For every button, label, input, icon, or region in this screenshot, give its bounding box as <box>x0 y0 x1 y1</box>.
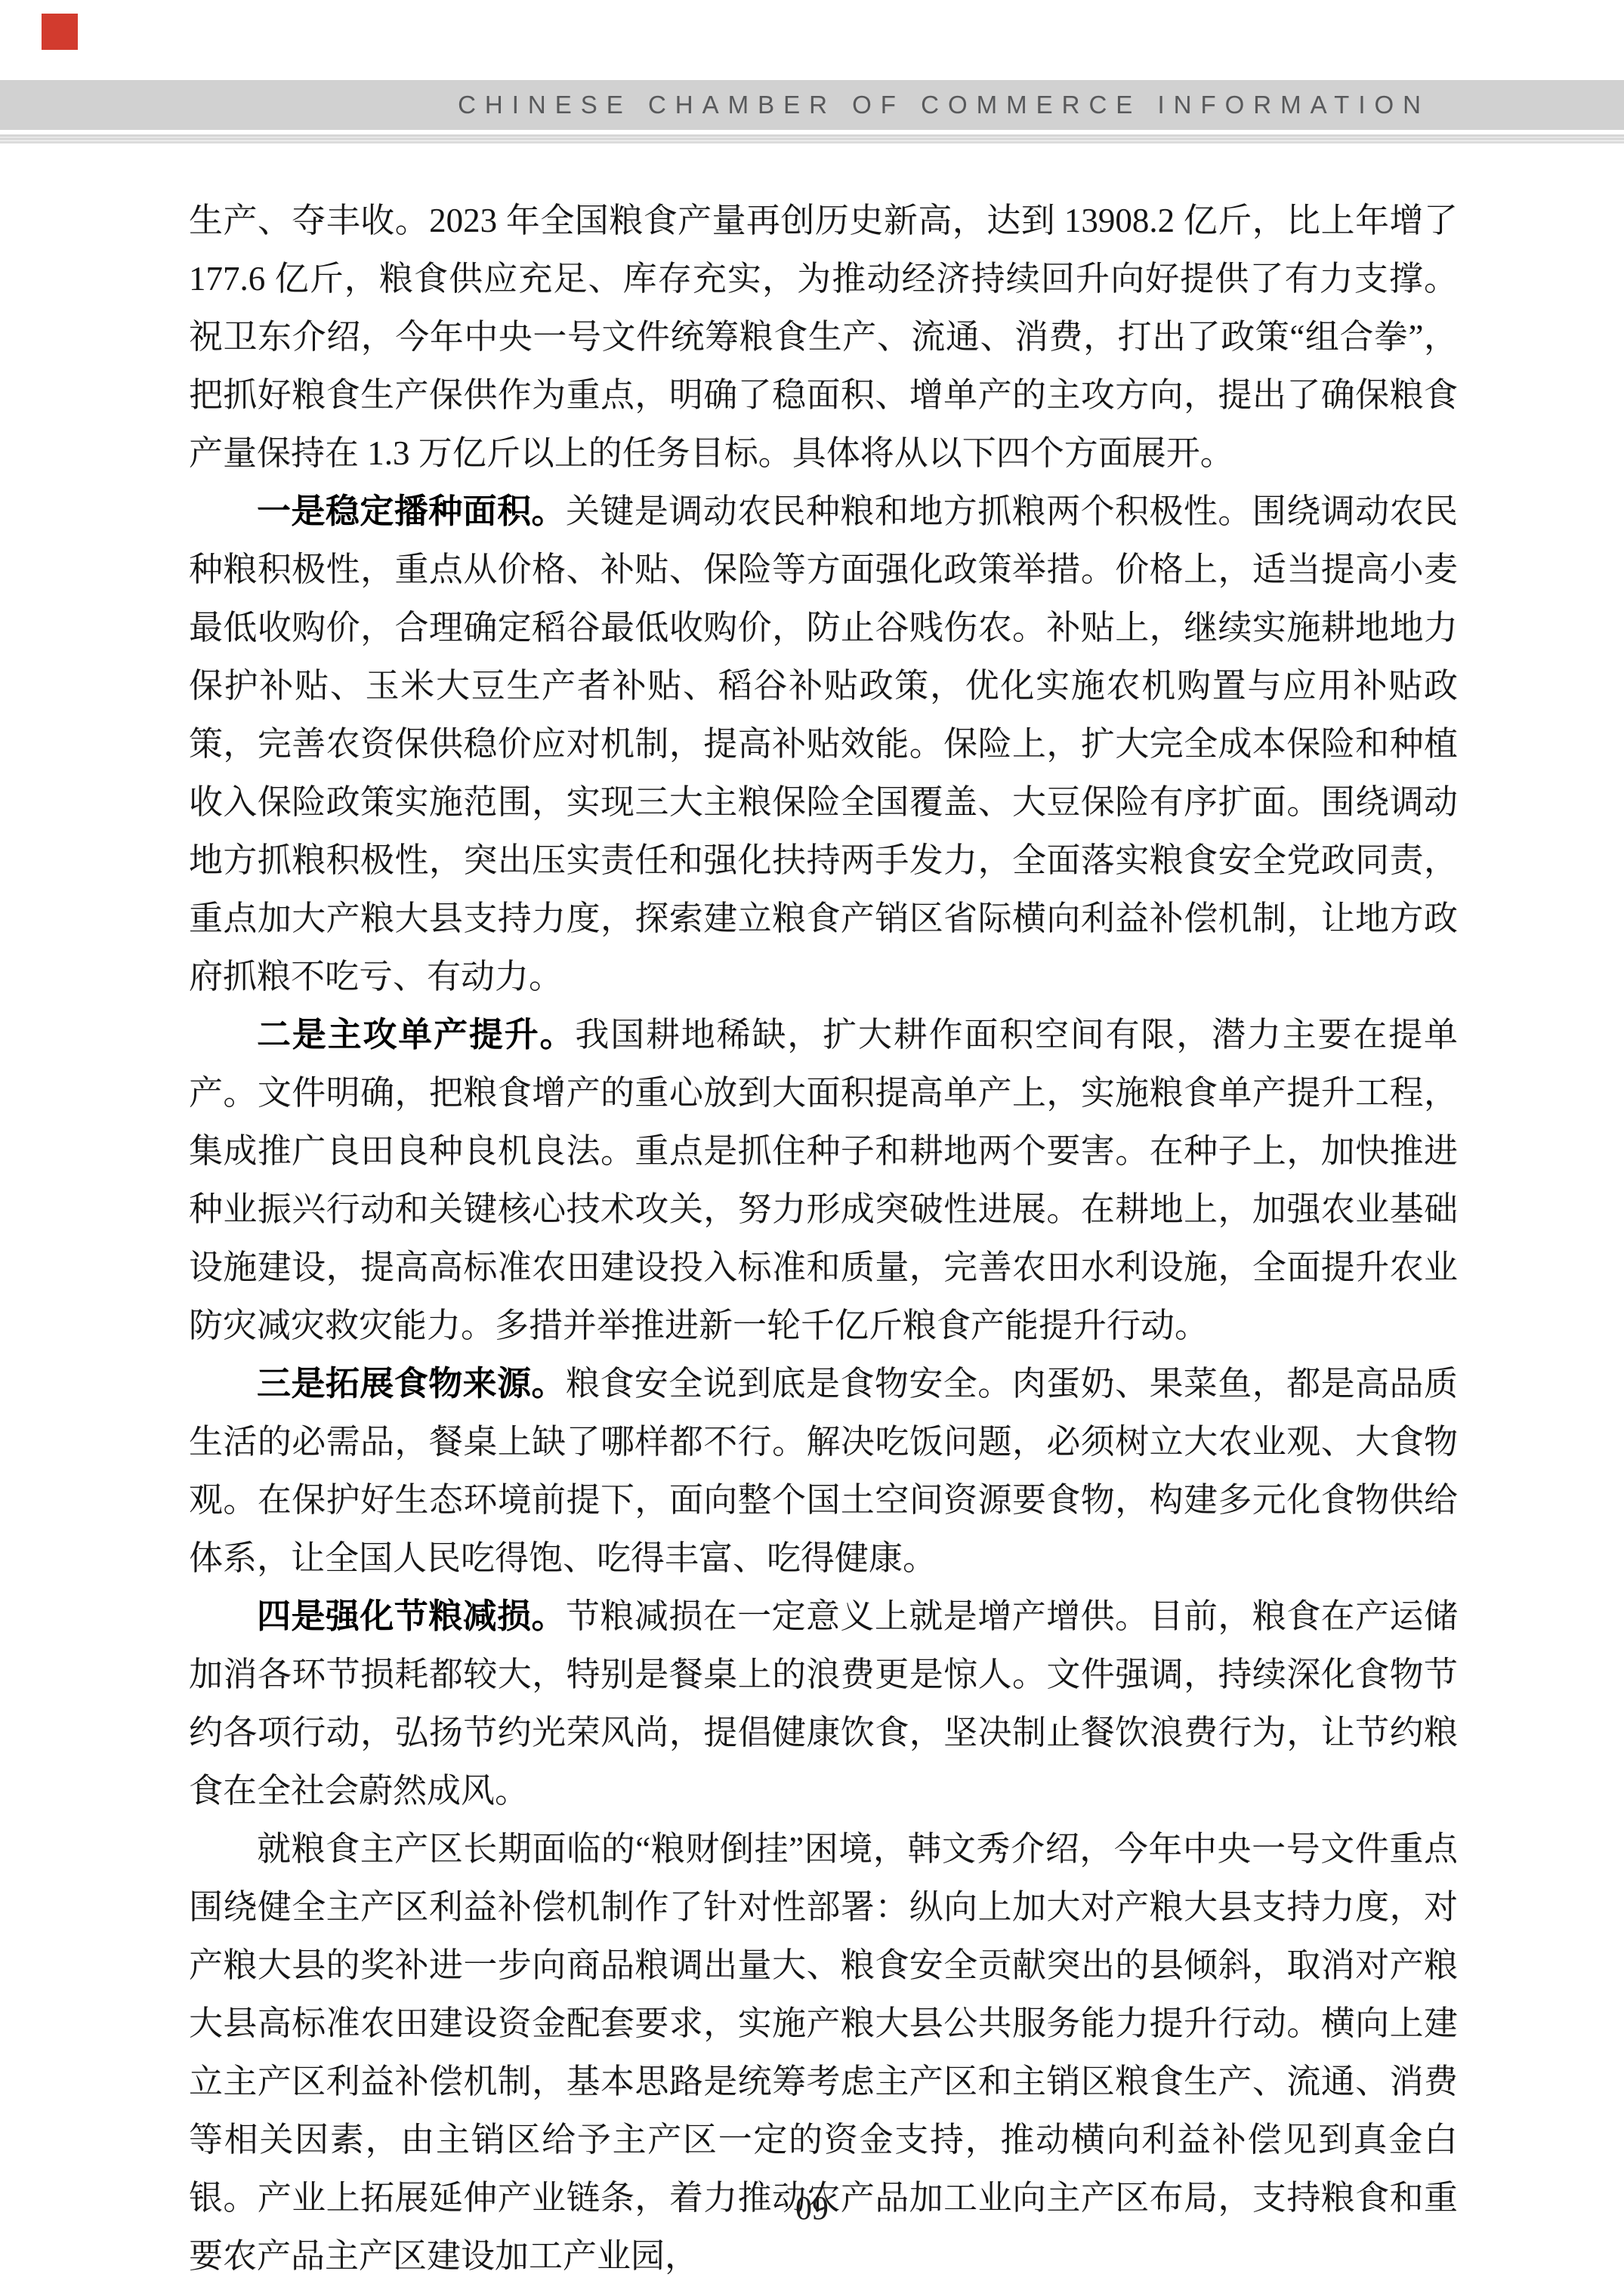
paragraph: 一是稳定播种面积。关键是调动农民种粮和地方抓粮两个积极性。围绕调动农民种粮积极性… <box>189 483 1458 1006</box>
header-divider-stripes <box>0 134 1624 144</box>
paragraph: 二是主攻单产提升。我国耕地稀缺，扩大耕作面积空间有限，潜力主要在提单产。文件明确… <box>189 1006 1458 1355</box>
header-banner: CHINESE CHAMBER OF COMMERCE INFORMATION <box>0 80 1624 130</box>
paragraph-lead: 二是主攻单产提升。 <box>257 1016 575 1054</box>
page-number: 09 <box>0 2189 1624 2227</box>
paragraph-lead: 四是强化节粮减损。 <box>257 1597 566 1635</box>
paragraph: 四是强化节粮减损。节粮减损在一定意义上就是增产增供。目前，粮食在产运储加消各环节… <box>189 1588 1458 1820</box>
document-body: 生产、夺丰收。2023 年全国粮食产量再创历史新高，达到 13908.2 亿斤，… <box>189 192 1458 2285</box>
paragraph: 生产、夺丰收。2023 年全国粮食产量再创历史新高，达到 13908.2 亿斤，… <box>189 192 1458 483</box>
paragraph-lead: 三是拓展食物来源。 <box>257 1365 566 1403</box>
page-container: CHINESE CHAMBER OF COMMERCE INFORMATION … <box>0 0 1624 2293</box>
red-square-logo <box>42 14 78 50</box>
paragraph-lead: 一是稳定播种面积。 <box>257 492 566 530</box>
paragraph: 三是拓展食物来源。粮食安全说到底是食物安全。肉蛋奶、果菜鱼，都是高品质生活的必需… <box>189 1355 1458 1588</box>
header-banner-text: CHINESE CHAMBER OF COMMERCE INFORMATION <box>458 80 1430 130</box>
